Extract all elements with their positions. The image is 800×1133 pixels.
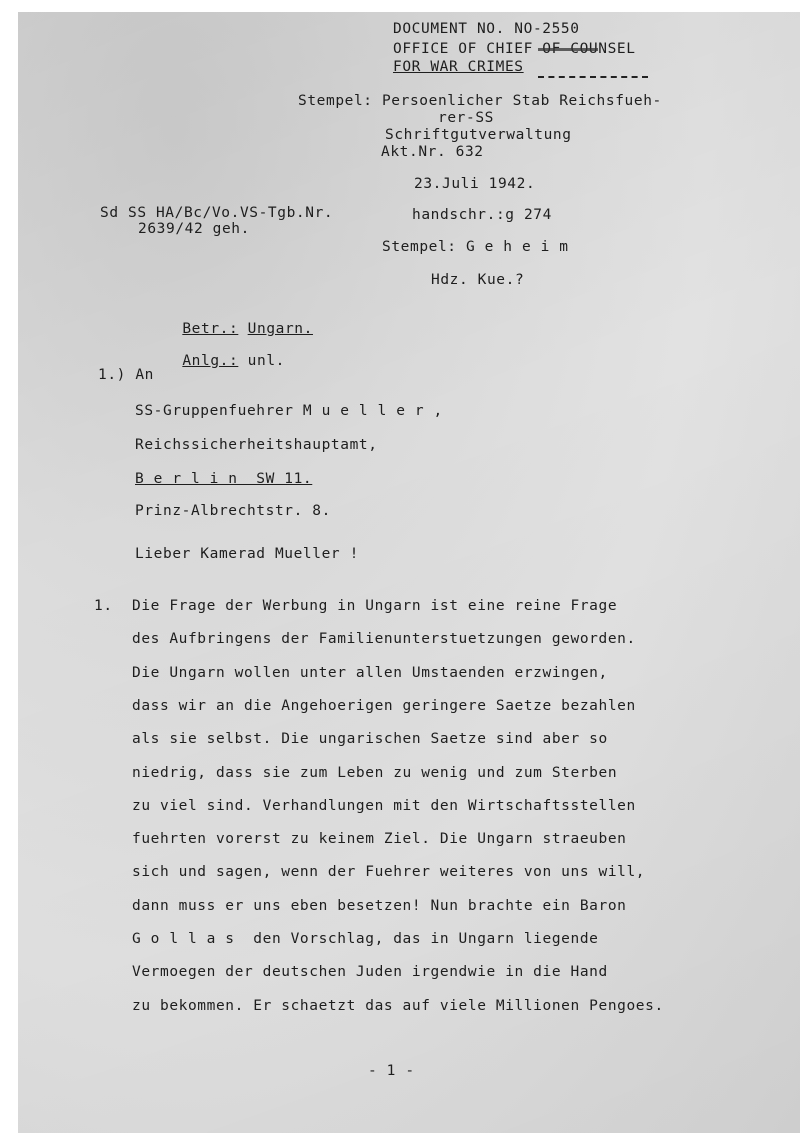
document-page: DOCUMENT NO. NO-2550 OFFICE OF CHIEF OF … xyxy=(18,12,800,1133)
recipient-street: Prinz-Albrechtstr. 8. xyxy=(135,502,331,520)
paragraph-number: 1. xyxy=(94,597,113,615)
document-date: 23.Juli 1942. xyxy=(414,175,535,193)
page-number: - 1 - xyxy=(368,1062,415,1080)
body-line: dass wir an die Angehoerigen geringere S… xyxy=(132,697,636,715)
office-line-1: OFFICE OF CHIEF OF COUNSEL xyxy=(393,40,636,58)
body-line: als sie selbst. Die ungarischen Saetze s… xyxy=(132,730,608,748)
body-line: des Aufbringens der Familienunterstuetzu… xyxy=(132,630,636,648)
body-line: fuehrten vorerst zu keinem Ziel. Die Ung… xyxy=(132,830,626,848)
body-line: niedrig, dass sie zum Leben zu wenig und… xyxy=(132,764,617,782)
stamp-line-3: Schriftgutverwaltung xyxy=(385,126,572,144)
body-line: sich und sagen, wenn der Fuehrer weitere… xyxy=(132,863,645,881)
body-line: zu viel sind. Verhandlungen mit den Wirt… xyxy=(132,797,636,815)
body-line: Vermoegen der deutschen Juden irgendwie … xyxy=(132,963,608,981)
strikethrough-mark xyxy=(538,48,598,51)
body-line: dann muss er uns eben besetzen! Nun brac… xyxy=(132,897,626,915)
enclosure-value: unl. xyxy=(248,353,285,369)
office-line-2: FOR WAR CRIMES xyxy=(393,58,524,76)
enclosure-label: Anlg.: xyxy=(182,353,238,369)
enclosure-line: Anlg.: unl. xyxy=(145,334,285,388)
stamp-line-2: rer-SS xyxy=(438,109,494,127)
secret-stamp: Stempel: G e h e i m xyxy=(382,238,569,256)
recipient-city: B e r l i n SW 11. xyxy=(135,470,312,488)
body-line: Die Ungarn wollen unter allen Umstaenden… xyxy=(132,664,608,682)
recipient-number: 1.) An xyxy=(98,366,154,384)
stamp-line-1: Stempel: Persoenlicher Stab Reichsfueh- xyxy=(298,92,662,110)
body-line: zu bekommen. Er schaetzt das auf viele M… xyxy=(132,997,664,1015)
reference-line-2: 2639/42 geh. xyxy=(138,220,250,238)
body-line: G o l l a s den Vorschlag, das in Ungarn… xyxy=(132,930,599,948)
recipient-name: SS-Gruppenfuehrer M u e l l e r , xyxy=(135,402,443,420)
stamp-file-number: Akt.Nr. 632 xyxy=(381,143,484,161)
salutation: Lieber Kamerad Mueller ! xyxy=(135,545,359,563)
handwritten-note: handschr.:g 274 xyxy=(412,206,552,224)
document-number: DOCUMENT NO. NO-2550 xyxy=(393,20,580,38)
body-line: Die Frage der Werbung in Ungarn ist eine… xyxy=(132,597,617,615)
dashed-underline xyxy=(538,76,648,78)
initials: Hdz. Kue.? xyxy=(431,271,524,289)
recipient-office: Reichssicherheitshauptamt, xyxy=(135,436,378,454)
